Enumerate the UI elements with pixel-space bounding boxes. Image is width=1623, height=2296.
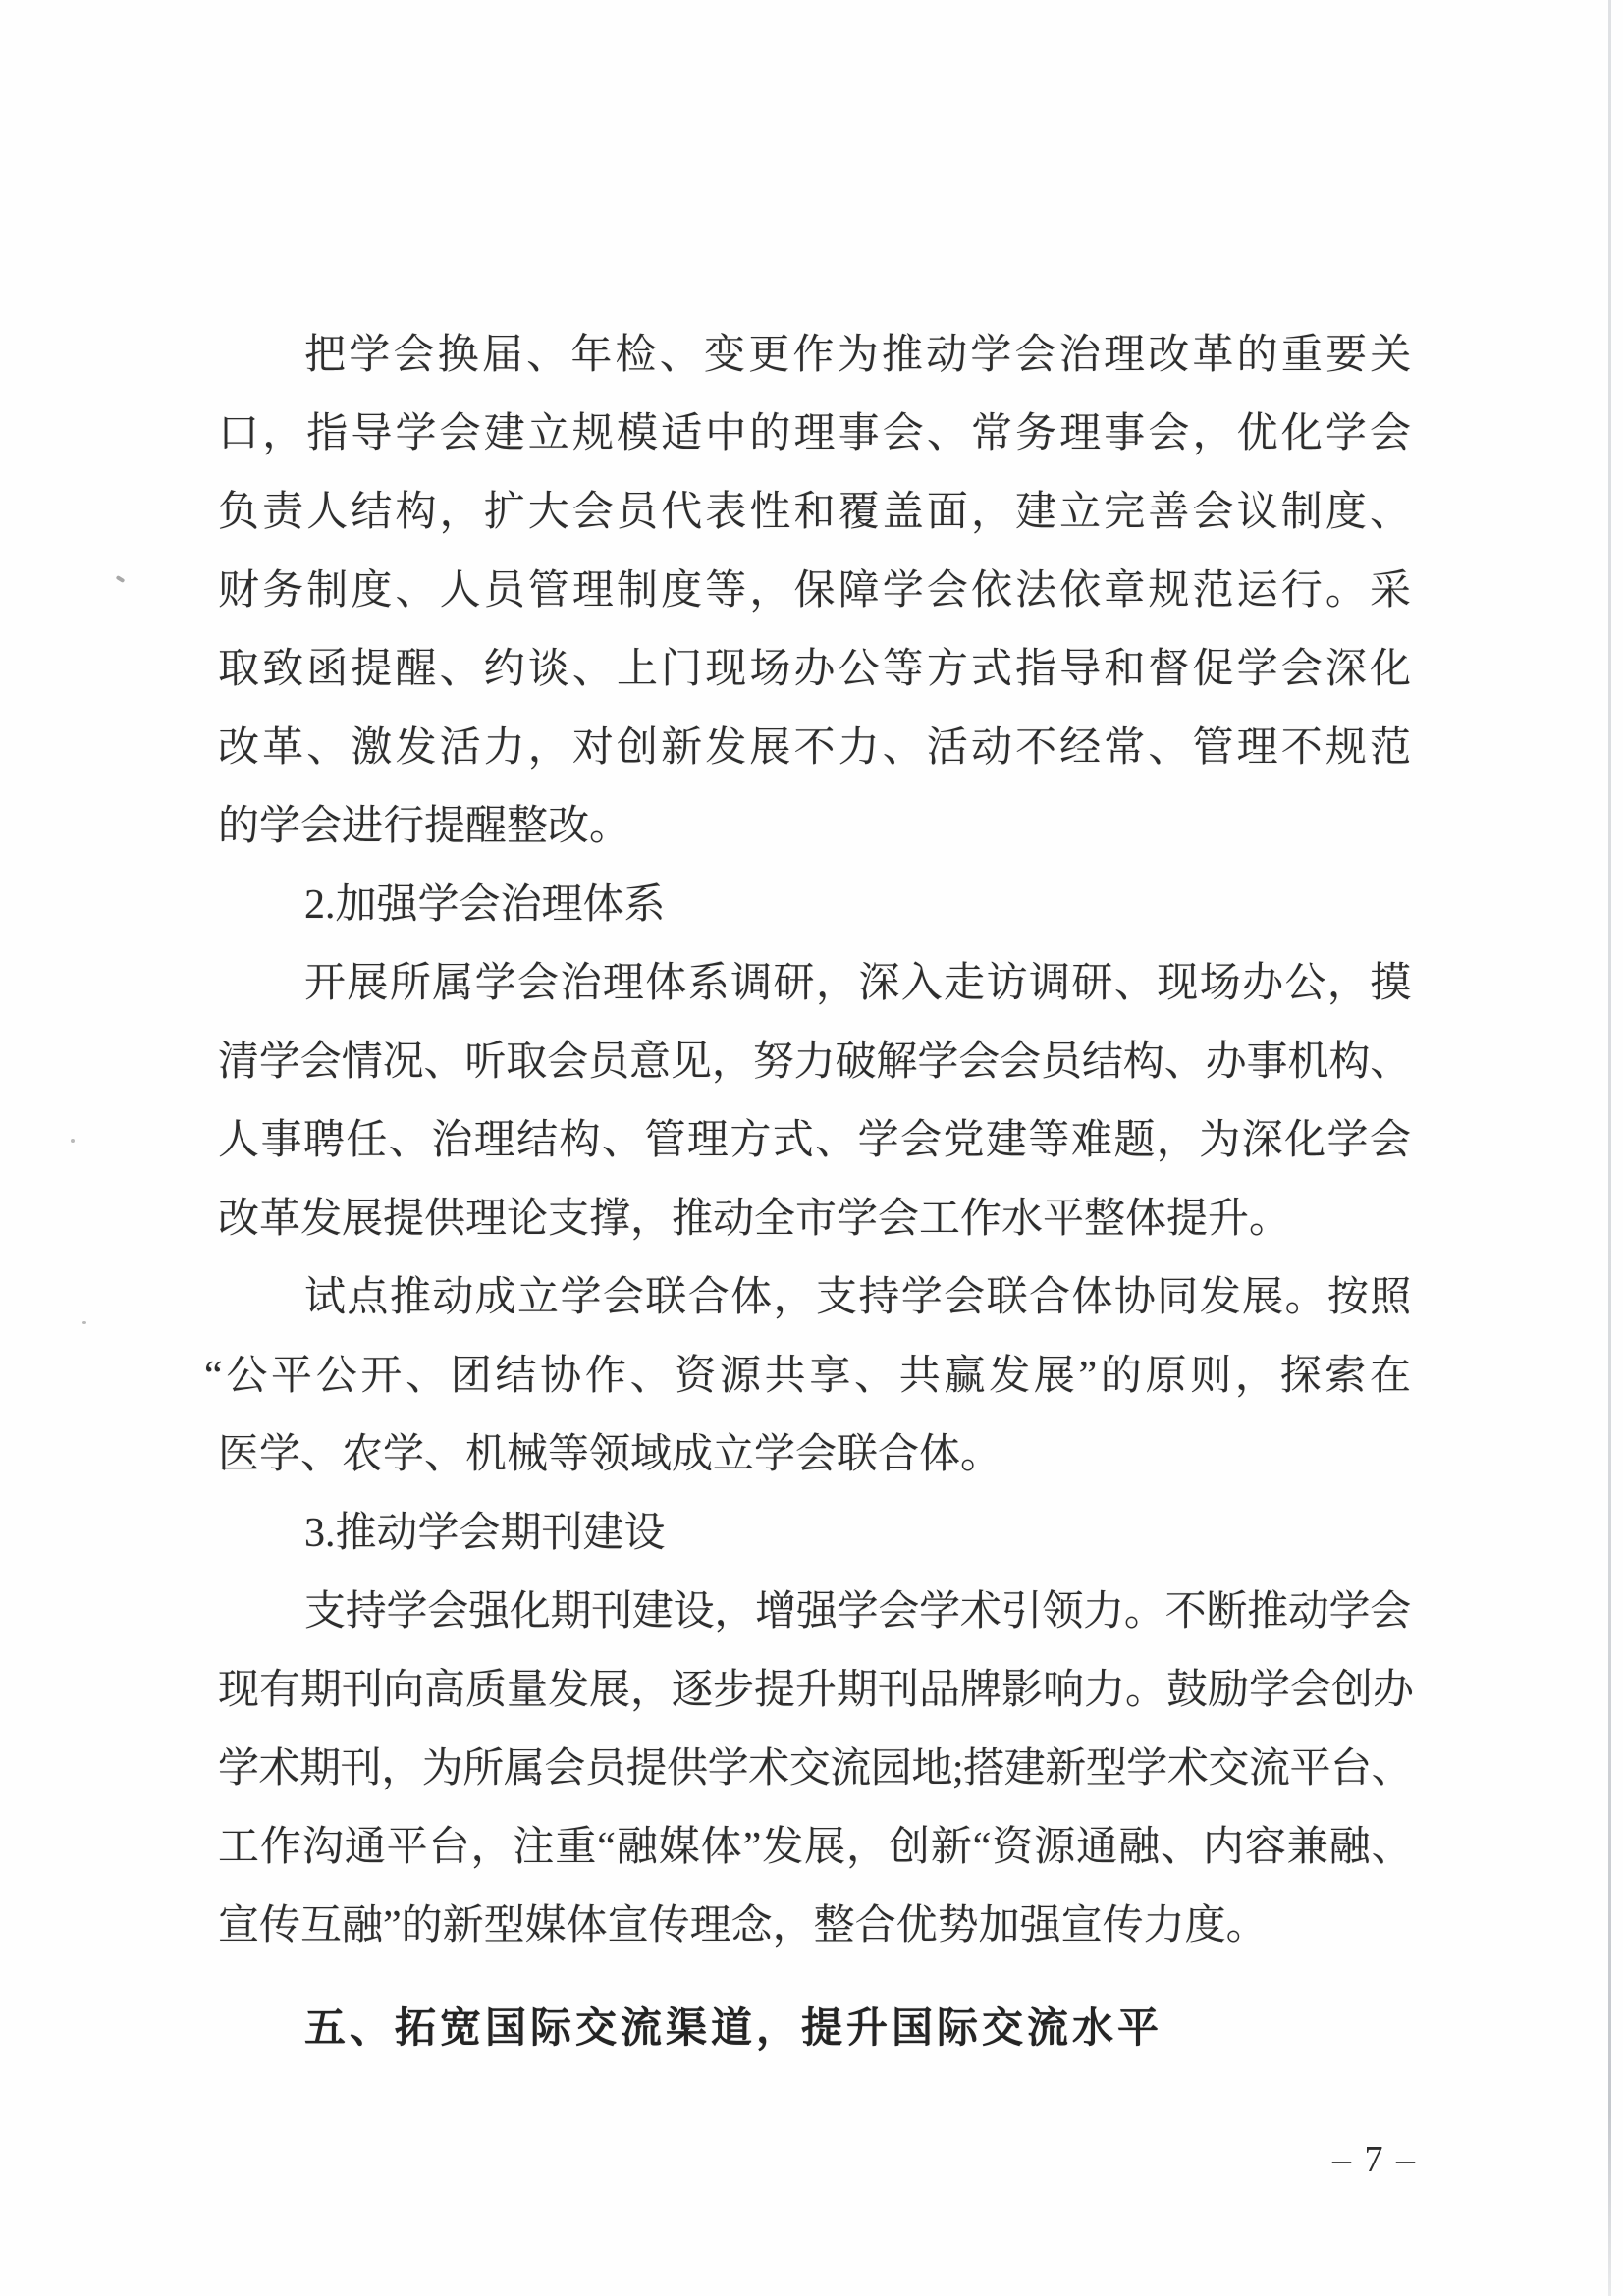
- text-line: 现有期刊向高质量发展，逐步提升期刊品牌影响力。鼓励学会创办: [218, 1651, 1411, 1730]
- text-line: 工作沟通平台，注重“融媒体”发展，创新“资源通融、内容兼融、: [218, 1808, 1411, 1887]
- scan-artifact: [82, 1321, 86, 1324]
- text-line: 的学会进行提醒整改。: [218, 787, 1411, 866]
- scan-artifact: [116, 575, 126, 583]
- text-line: 负责人结构，扩大会员代表性和覆盖面，建立完善会议制度、: [218, 473, 1411, 552]
- text-line: 支持学会强化期刊建设，增强学会学术引领力。不断推动学会: [218, 1573, 1411, 1651]
- text-block: 把学会换届、年检、变更作为推动学会治理改革的重要关口，指导学会建立规模适中的理事…: [218, 316, 1411, 2067]
- text-line: 改革发展提供理论支撑，推动全市学会工作水平整体提升。: [218, 1180, 1411, 1258]
- text-line: 医学、农学、机械等领域成立学会联合体。: [218, 1415, 1411, 1494]
- sub-heading-line: 3.推动学会期刊建设: [218, 1494, 1411, 1573]
- text-line: “公平公开、团结协作、资源共享、共赢发展”的原则，探索在: [218, 1337, 1411, 1415]
- text-line: 改革、激发活力，对创新发展不力、活动不经常、管理不规范: [218, 709, 1411, 787]
- text-line: 人事聘任、治理结构、管理方式、学会党建等难题，为深化学会: [218, 1101, 1411, 1180]
- sub-heading-line: 2.加强学会治理体系: [218, 866, 1411, 944]
- text-line: 清学会情况、听取会员意见，努力破解学会会员结构、办事机构、: [218, 1023, 1411, 1101]
- text-line: 开展所属学会治理体系调研，深入走访调研、现场办公，摸: [218, 944, 1411, 1023]
- text-line: 学术期刊，为所属会员提供学术交流园地;搭建新型学术交流平台、: [218, 1730, 1411, 1808]
- text-line: 宣传互融”的新型媒体宣传理念，整合优势加强宣传力度。: [218, 1887, 1411, 1965]
- page-number: – 7 –: [1332, 2140, 1417, 2179]
- scan-artifact: [71, 1139, 75, 1143]
- text-line: 取致函提醒、约谈、上门现场办公等方式指导和督促学会深化: [218, 630, 1411, 709]
- text-line: 试点推动成立学会联合体，支持学会联合体协同发展。按照: [218, 1258, 1411, 1337]
- text-line: 把学会换届、年检、变更作为推动学会治理改革的重要关: [218, 316, 1411, 395]
- text-line: 财务制度、人员管理制度等，保障学会依法依章规范运行。采: [218, 552, 1411, 630]
- section-heading: 五、拓宽国际交流渠道，提升国际交流水平: [218, 1989, 1411, 2067]
- text-line: 口，指导学会建立规模适中的理事会、常务理事会，优化学会: [218, 395, 1411, 473]
- document-page: 把学会换届、年检、变更作为推动学会治理改革的重要关口，指导学会建立规模适中的理事…: [0, 0, 1623, 2296]
- scan-edge-line: [1608, 0, 1611, 2296]
